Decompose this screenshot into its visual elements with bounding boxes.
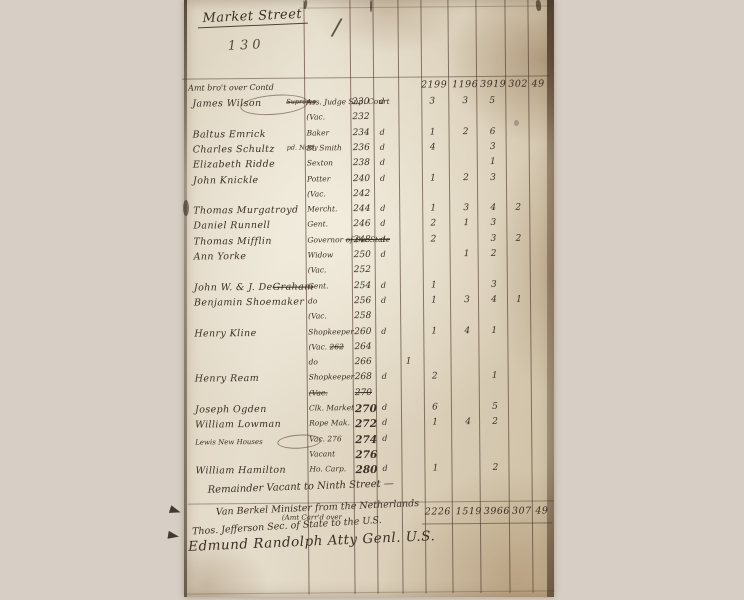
resident-name: Henry Kline <box>194 327 256 339</box>
tally-value: 1 <box>485 371 505 381</box>
tally-value: 1 <box>423 173 443 183</box>
occupation: Sexton <box>307 158 333 167</box>
ditto-mark: d <box>381 250 386 259</box>
ditto-mark: d <box>379 97 384 106</box>
resident-name: Thomas Mifflin <box>193 236 271 248</box>
tally-value: 6 <box>425 402 445 412</box>
occupation: (Vac. 262 <box>308 342 344 351</box>
tally-value: 2 <box>484 249 504 259</box>
tally-value: 3 <box>484 279 504 289</box>
ditto-mark: d <box>382 403 387 412</box>
occupation: Potter <box>307 174 330 183</box>
house-number: 268 <box>355 372 372 382</box>
ditto-mark: d <box>381 326 386 335</box>
tally-value: 1 <box>457 249 477 259</box>
house-number: 254 <box>354 281 371 291</box>
house-number: 266 <box>355 357 372 367</box>
resident-name: Thomas Murgatroyd <box>193 205 298 217</box>
resident-name: Elizabeth Ridde <box>193 159 275 171</box>
tally-value: 1 <box>424 326 444 336</box>
street-title: Market Street <box>197 7 307 29</box>
ditto-mark: d <box>380 219 385 228</box>
occupation: (Vac. <box>307 189 326 198</box>
tally-value: 3 <box>422 96 442 106</box>
tally-value: 1 <box>509 294 529 304</box>
tally-value: 4 <box>483 203 503 213</box>
resident-name: Charles Schultz <box>193 144 275 156</box>
ditto-mark: d <box>380 235 385 244</box>
tally-value: 4 <box>423 142 443 152</box>
house-number: 270 <box>355 403 377 415</box>
occupation-struck: 262 <box>329 342 343 351</box>
ruled-line-horizontal <box>299 5 549 8</box>
ditto-mark: d <box>381 280 386 289</box>
ditto-mark: d <box>380 173 385 182</box>
tally-value: 4 <box>458 417 478 427</box>
ledger-sheet: Market Street 130 / Amt bro't over Contd… <box>181 0 556 599</box>
pen-circle <box>277 433 322 450</box>
occupation: do <box>308 296 317 305</box>
occupation: do <box>309 358 318 367</box>
tally-value: 2 <box>425 372 445 382</box>
tally-value: 2 <box>456 127 476 137</box>
ink-smudge <box>370 0 372 12</box>
occupation: Gent. <box>307 220 328 229</box>
occupation: Governor of the State <box>307 235 390 245</box>
resident-name: Lewis New Houses <box>195 438 263 447</box>
tally-value: 1 <box>423 203 443 213</box>
occupation: (Vac. <box>306 113 325 122</box>
tally-value: 2 <box>423 219 443 229</box>
tally-value: 2 <box>456 173 476 183</box>
ditto-mark: d <box>380 127 385 136</box>
ink-blot <box>183 200 189 216</box>
occupation: Ass. Judge Sup. Court <box>306 97 389 107</box>
house-number: 236 <box>353 143 370 153</box>
tally-value: 1 <box>483 157 503 167</box>
ditto-mark: d <box>382 464 387 473</box>
house-number: 242 <box>353 189 370 199</box>
occupation: Rope Mak. <box>309 418 350 427</box>
resident-name: John W. & J. DeGraham <box>194 281 314 293</box>
ledger-page: Market Street 130 / Amt bro't over Contd… <box>184 0 554 597</box>
house-number: 248 <box>353 235 370 245</box>
house-number: 240 <box>353 173 370 183</box>
resident-name: William Hamilton <box>195 465 286 477</box>
total-value: 49 <box>521 78 555 89</box>
tally-value: 4 <box>457 326 477 336</box>
occupation: (Vac. <box>308 312 327 321</box>
tally-value: 3 <box>483 234 503 244</box>
ledger-rows: James WilsonSupremeAss. Judge Sup. Court… <box>181 0 551 2</box>
margin-arrow-icon <box>167 531 179 541</box>
tally-value: 3 <box>455 96 475 106</box>
ditto-mark: d <box>380 158 385 167</box>
carried-forward-totals: 21991196391930249 <box>181 0 551 2</box>
resident-name: Henry Ream <box>195 373 259 385</box>
tally-value: 5 <box>482 96 502 106</box>
house-number: 280 <box>355 464 377 476</box>
resident-name: William Lowman <box>195 419 281 431</box>
page-totals: 22261519396630749 <box>181 0 551 2</box>
house-number: 270 <box>355 388 372 398</box>
ditto-mark: d <box>381 296 386 305</box>
tally-value: 1 <box>425 418 445 428</box>
margin-arrow-icon <box>169 505 182 516</box>
house-number: 232 <box>352 112 369 122</box>
occupation: Baker <box>307 128 330 137</box>
page-number: 130 <box>227 37 264 54</box>
house-number: 274 <box>355 434 377 446</box>
occupation: Gent. <box>308 281 329 290</box>
occupation: Bl. Smith <box>307 143 342 152</box>
tally-value: 1 <box>484 325 504 335</box>
tally-value: 2 <box>485 417 505 427</box>
house-number: 272 <box>355 418 377 430</box>
occupation: Mercht. <box>307 204 337 213</box>
occupation: Shopkeeper <box>308 327 354 336</box>
house-number: 230 <box>352 97 369 107</box>
house-number: 260 <box>354 326 371 336</box>
tally-value: 1 <box>424 295 444 305</box>
ink-blot <box>514 120 519 126</box>
occupation: Ho. Carp. <box>309 464 346 473</box>
tally-value: 3 <box>483 142 503 152</box>
house-number: 258 <box>354 311 371 321</box>
resident-name: Benjamin Shoemaker <box>194 296 304 308</box>
resident-name: Joseph Ogden <box>195 404 267 416</box>
house-number: 256 <box>354 296 371 306</box>
screenshot-background: Market Street 130 / Amt bro't over Contd… <box>0 0 744 600</box>
pen-slash-mark: / <box>330 13 344 42</box>
house-number: 264 <box>354 342 371 352</box>
house-number: 244 <box>353 204 370 214</box>
tally-value: 2 <box>423 234 443 244</box>
tally-value: 1 <box>425 464 445 474</box>
tally-value: 4 <box>484 295 504 305</box>
house-number: 276 <box>355 449 377 461</box>
tally-value: 2 <box>508 233 528 243</box>
resident-name: Daniel Runnell <box>193 220 270 232</box>
tally-value: 1 <box>456 218 476 228</box>
tally-value: 3 <box>483 172 503 182</box>
tally-value: 6 <box>483 126 503 136</box>
resident-name: John Knickle <box>193 174 259 186</box>
resident-name: Ann Yorke <box>194 251 247 262</box>
tally-value: 2 <box>485 463 505 473</box>
tally-value: 3 <box>457 295 477 305</box>
total-value: 2199 <box>417 79 451 90</box>
tally-value: 3 <box>456 203 476 213</box>
total-value: 49 <box>525 505 559 516</box>
occupation: Clk. Market <box>309 403 354 412</box>
occupation: (Vac. <box>308 266 327 275</box>
ditto-mark: d <box>380 204 385 213</box>
ditto-mark: d <box>382 372 387 381</box>
tally-value: 5 <box>485 402 505 412</box>
tally-value: 1 <box>424 280 444 290</box>
house-number: 234 <box>353 128 370 138</box>
ruled-line-horizontal <box>187 590 555 594</box>
carry-over-label: Amt bro't over Contd <box>188 83 274 93</box>
resident-name: Baltus Emrick <box>193 128 266 140</box>
house-number: 246 <box>353 219 370 229</box>
house-number: 252 <box>354 265 371 275</box>
ditto-mark: d <box>382 418 387 427</box>
occupation: Widow <box>308 250 334 259</box>
ditto-mark: d <box>380 143 385 152</box>
house-number: 238 <box>353 158 370 168</box>
occupation: (Vac. <box>309 388 328 397</box>
ditto-mark: d <box>382 433 387 442</box>
occupation: Shopkeeper <box>309 373 355 382</box>
tally-value: 1 <box>423 127 443 137</box>
occupation: Vacant <box>309 449 335 458</box>
house-number: 250 <box>354 250 371 260</box>
tally-value: 2 <box>508 203 528 213</box>
total-value: 2226 <box>421 506 455 517</box>
tally-value: 3 <box>483 218 503 228</box>
